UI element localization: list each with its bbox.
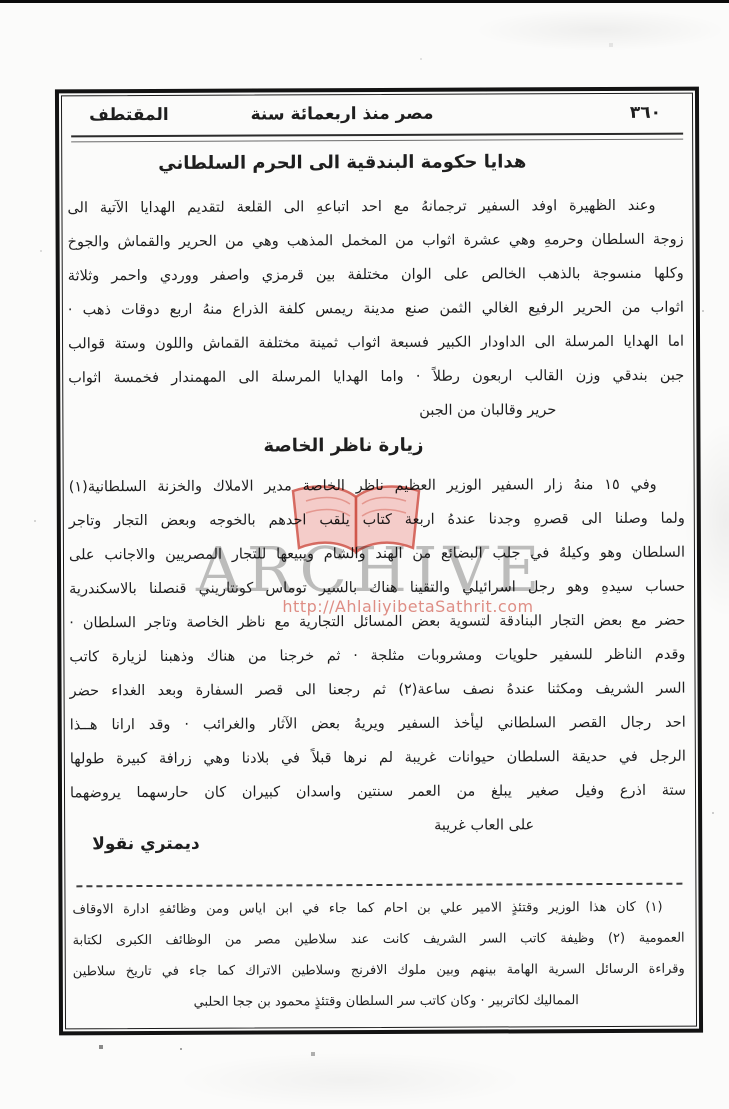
footnote-line: وقراءة الرسائل السرية الهامة بينهم وبين …	[73, 954, 685, 988]
section-title-gifts: هدايا حكومة البندقية الى الحرم السلطاني	[63, 151, 621, 174]
page-border-frame: ٣٦٠ مصر منذ اربعمائة سنة المقتطف هدايا ح…	[55, 87, 703, 1036]
body-text-line: حرير وقالبان من الجبن	[68, 393, 684, 430]
body-text-line: اثواب من الحرير الرفيع الغالي الثمن صنع …	[68, 291, 684, 328]
page-number: ٣٦٠	[630, 103, 661, 123]
footnote-line: المماليك لكاتربير · وكان كاتب سر السلطان…	[73, 985, 685, 1019]
gifts-paragraph: وعند الظهيرة اوفد السفير ترجمانهُ مع احد…	[67, 189, 684, 430]
body-text-line: السلطان وهو وكيلهُ في جلب البضائع من اله…	[69, 536, 685, 573]
body-text-line: حساب سيدهِ وهو رجل اسرائيلي والتقينا هنا…	[69, 570, 685, 607]
body-text-line: ستة اذرع وفيل صغير يبلغ من العمر سنتين و…	[70, 774, 686, 811]
footnote-separator	[76, 883, 682, 888]
body-text-line: وقدم الناظر للسفير حلويات ومشروبات مثلجة…	[69, 638, 685, 675]
page-border-inner-line: ٣٦٠ مصر منذ اربعمائة سنة المقتطف هدايا ح…	[61, 93, 697, 1030]
body-text-line: ولما وصلنا الى قصرهِ وجدنا عندهُ اربعة ك…	[69, 502, 685, 539]
footnotes-block: (١) كان هذا الوزير وقتئذٍ الامير علي بن …	[72, 892, 685, 1019]
body-text-line: وكلها منسوجة بالذهب الخالص على الوان مخت…	[68, 257, 684, 294]
body-text-line: زوجة السلطان وحرمهِ وهي عشرة اثواب من ال…	[68, 223, 684, 260]
scan-noise-speckles	[0, 0, 2, 2]
visit-paragraph: وفي ١٥ منهُ زار السفير الوزير العظيم ناظ…	[69, 468, 687, 845]
section-title-visit: زيارة ناظر الخاصة	[64, 434, 622, 457]
header-rule	[71, 133, 683, 143]
body-text-line: جبن بندقي وزن القالب اربعون رطلاً · واما…	[68, 359, 684, 396]
footnote-line: (١) كان هذا الوزير وقتئذٍ الامير علي بن …	[72, 892, 684, 926]
page-content: ٣٦٠ مصر منذ اربعمائة سنة المقتطف هدايا ح…	[63, 95, 695, 1028]
scan-top-edge	[0, 0, 729, 3]
scanned-page: ٣٦٠ مصر منذ اربعمائة سنة المقتطف هدايا ح…	[0, 0, 729, 1109]
magazine-name: المقتطف	[89, 105, 169, 125]
footnote-line: العمومية (٢) وظيفة كاتب السر الشريف كانت…	[73, 923, 685, 957]
body-text-line: احد رجال القصر السلطاني ليأخذ السفير وير…	[70, 706, 686, 743]
body-text-line: حضر مع بعض التجار البنادقة لتسوية بعض ال…	[69, 604, 685, 641]
body-text-line: وفي ١٥ منهُ زار السفير الوزير العظيم ناظ…	[69, 468, 685, 505]
body-text-line: السر الشريف ومكثنا عندهُ نصف ساعة(٢) ثم …	[69, 672, 685, 709]
body-text-line: اما الهدايا المرسلة الى الداودار الكبير …	[68, 325, 684, 362]
body-text-line: الرجل في حديقة السلطان حيوانات غريبة لم …	[70, 740, 686, 777]
body-text-line: وعند الظهيرة اوفد السفير ترجمانهُ مع احد…	[67, 189, 683, 226]
author-signature: ديمتري نقولا	[92, 834, 200, 854]
